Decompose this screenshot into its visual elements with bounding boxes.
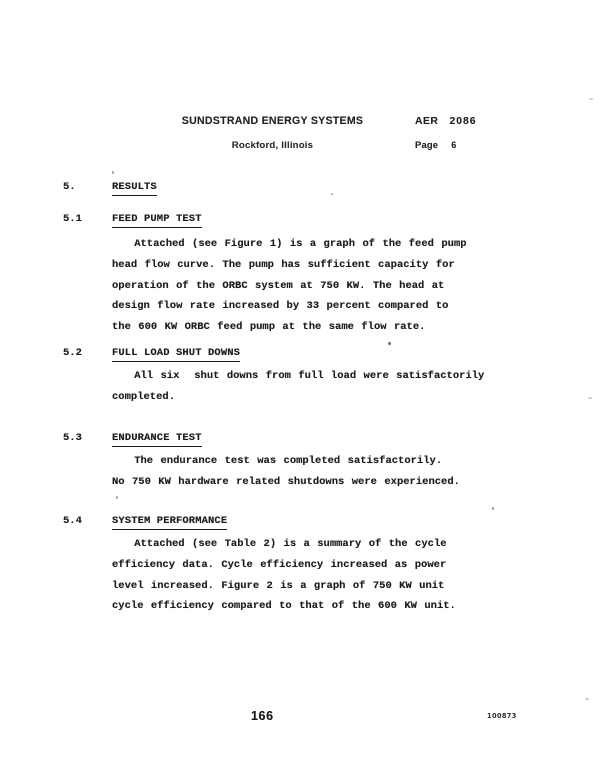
document-stamp-number: 100873 bbox=[487, 712, 517, 720]
org-location: Rockford, Illinois bbox=[170, 140, 375, 151]
section-number-feed-pump-test: 5.1 bbox=[63, 213, 82, 225]
page-reference: Page 6 bbox=[415, 139, 456, 150]
scan-speck bbox=[492, 507, 494, 510]
scan-speck bbox=[589, 98, 593, 100]
scan-speck bbox=[585, 698, 589, 700]
page-ref-label: Page bbox=[415, 139, 438, 150]
scan-speck bbox=[331, 193, 333, 195]
paragraph-system-performance: Attached (see Table 2) is a summary of t… bbox=[112, 534, 456, 617]
scan-speck bbox=[588, 397, 592, 399]
org-name: SUNDSTRAND ENERGY SYSTEMS bbox=[170, 115, 375, 127]
section-heading-feed-pump-test: FEED PUMP TEST bbox=[112, 213, 202, 228]
scan-speck bbox=[388, 342, 391, 345]
section-number-results: 5. bbox=[63, 181, 76, 193]
folio-page-number: 166 bbox=[251, 709, 274, 723]
paragraph-full-load-shut-downs: All six shut downs from full load were s… bbox=[112, 366, 484, 408]
doc-reference: AER 2086 bbox=[415, 116, 477, 127]
section-heading-system-performance: SYSTEM PERFORMANCE bbox=[112, 515, 227, 530]
scan-speck bbox=[116, 496, 118, 499]
document-page: SUNDSTRAND ENERGY SYSTEMS Rockford, Illi… bbox=[0, 0, 612, 779]
section-heading-results: RESULTS bbox=[112, 181, 157, 196]
section-heading-full-load-shut-downs: FULL LOAD SHUT DOWNS bbox=[112, 347, 240, 362]
paragraph-endurance-test: The endurance test was completed satisfa… bbox=[112, 451, 460, 493]
doc-ref-label: AER bbox=[415, 116, 438, 127]
section-number-full-load-shut-downs: 5.2 bbox=[63, 347, 82, 359]
page-ref-number: 6 bbox=[451, 140, 456, 150]
doc-ref-number: 2086 bbox=[449, 116, 476, 127]
section-heading-endurance-test: ENDURANCE TEST bbox=[112, 432, 202, 447]
scan-speck bbox=[112, 171, 114, 174]
paragraph-feed-pump-test: Attached (see Figure 1) is a graph of th… bbox=[112, 234, 467, 338]
section-number-endurance-test: 5.3 bbox=[63, 432, 82, 444]
section-number-system-performance: 5.4 bbox=[63, 515, 82, 527]
